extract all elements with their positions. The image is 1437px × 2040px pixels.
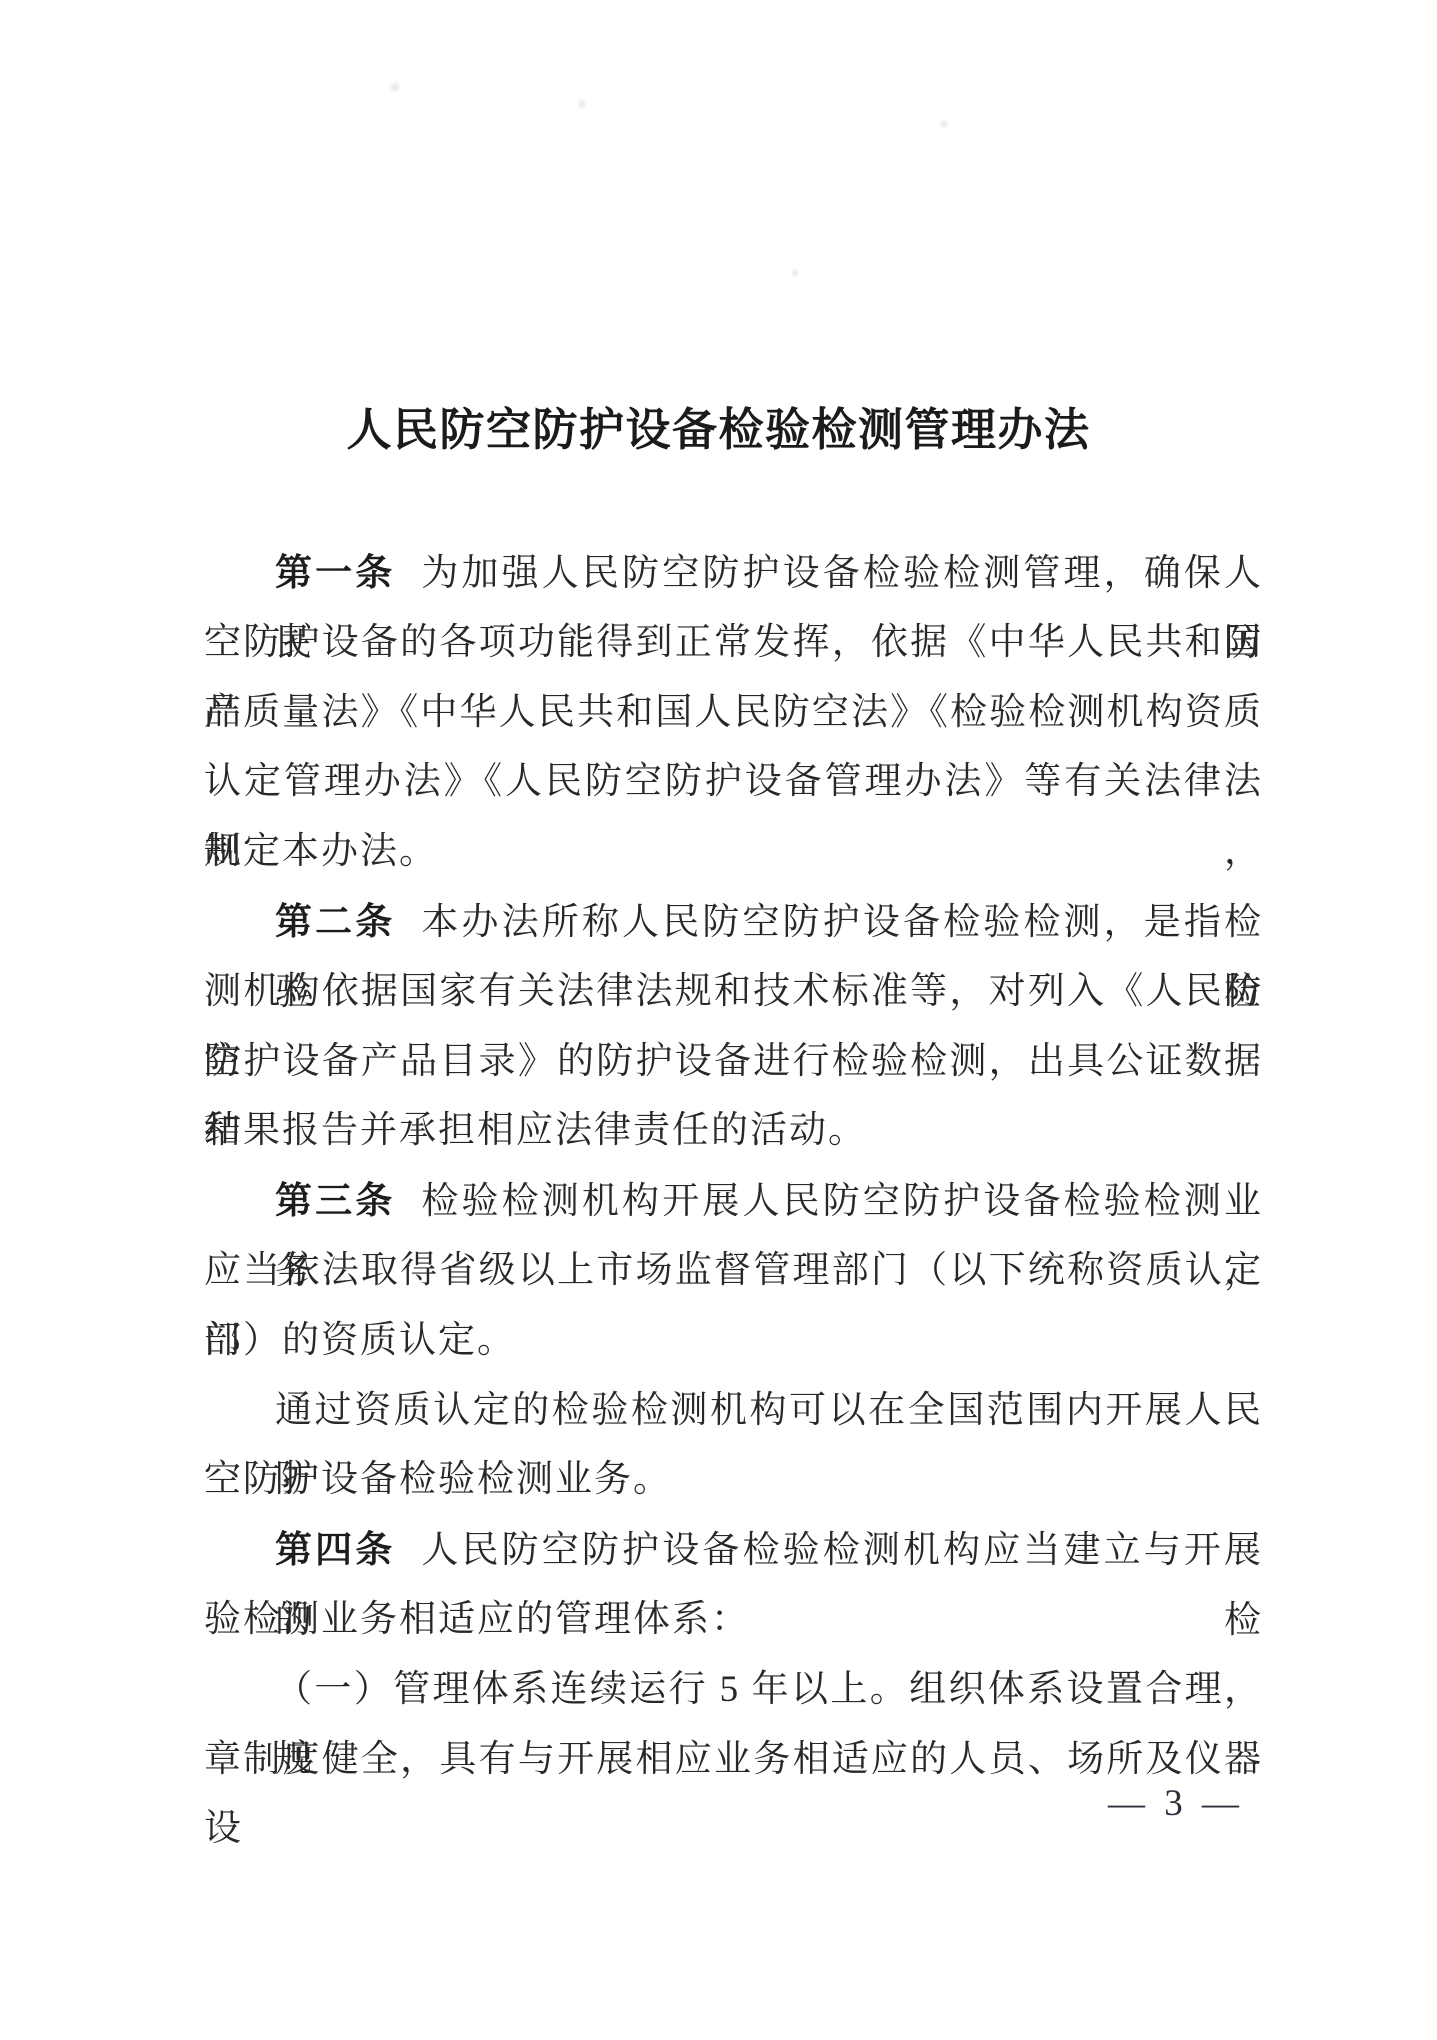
scan-artifact [938,118,950,130]
article-number: 第一条 [275,552,395,593]
document-page: 人民防空防护设备检验检测管理办法 第一条为加强人民防空防护设备检验检测管理，确保… [0,0,1437,2040]
document-line: 结果报告并承担相应法律责任的活动。 [204,1096,1263,1166]
document-line: 章制度健全，具有与开展相应业务相适应的人员、场所及仪器设 [204,1725,1263,1795]
scan-artifact [388,80,402,94]
document-line: 应当依法取得省级以上市场监督管理部门（以下统称资质认定部 [204,1236,1263,1306]
document-line: （一）管理体系连续运行 5 年以上。组织体系设置合理，规 [204,1655,1263,1725]
page-number: — 3 — [1108,1782,1244,1826]
article-number: 第二条 [275,901,395,942]
document-line: 第一条为加强人民防空防护设备检验检测管理，确保人民防 [204,538,1263,608]
scan-artifact [790,268,800,278]
document-line: 空防护设备的各项功能得到正常发挥，依据《中华人民共和国产 [204,608,1263,678]
document-line: 第二条本办法所称人民防空防护设备检验检测，是指检验检 [204,887,1263,957]
document-line: 空防护设备检验检测业务。 [204,1445,1263,1515]
document-line: 品质量法》《中华人民共和国人民防空法》《检验检测机构资质 [204,678,1263,748]
line-text: 结果报告并承担相应法律责任的活动。 [204,1110,867,1151]
document-line: 认定管理办法》《人民防空防护设备管理办法》等有关法律法规， [204,747,1263,817]
line-text: 品质量法》《中华人民共和国人民防空法》《检验检测机构资质 [204,692,1263,733]
line-text: 门）的资质认定。 [204,1320,516,1361]
document-line: 防护设备产品目录》的防护设备进行检验检测，出具公证数据和 [204,1027,1263,1097]
document-title: 人民防空防护设备检验检测管理办法 [0,393,1437,458]
line-text: 制定本办法。 [204,831,438,872]
article-number: 第四条 [275,1529,395,1570]
scan-artifact [576,98,588,110]
document-line: 通过资质认定的检验检测机构可以在全国范围内开展人民防 [204,1376,1263,1446]
document-line: 第三条检验检测机构开展人民防空防护设备检验检测业务， [204,1166,1263,1236]
document-line: 测机构依据国家有关法律法规和技术标准等，对列入《人民防空 [204,957,1263,1027]
document-body: 第一条为加强人民防空防护设备检验检测管理，确保人民防 空防护设备的各项功能得到正… [204,538,1263,1794]
line-text: 验检测业务相适应的管理体系： [204,1599,750,1640]
document-line: 第四条人民防空防护设备检验检测机构应当建立与开展的检 [204,1515,1263,1585]
line-text: 空防护设备检验检测业务。 [204,1459,672,1500]
article-number: 第三条 [275,1180,395,1221]
line-text: 章制度健全，具有与开展相应业务相适应的人员、场所及仪器设 [204,1739,1263,1850]
document-line: 门）的资质认定。 [204,1306,1263,1376]
